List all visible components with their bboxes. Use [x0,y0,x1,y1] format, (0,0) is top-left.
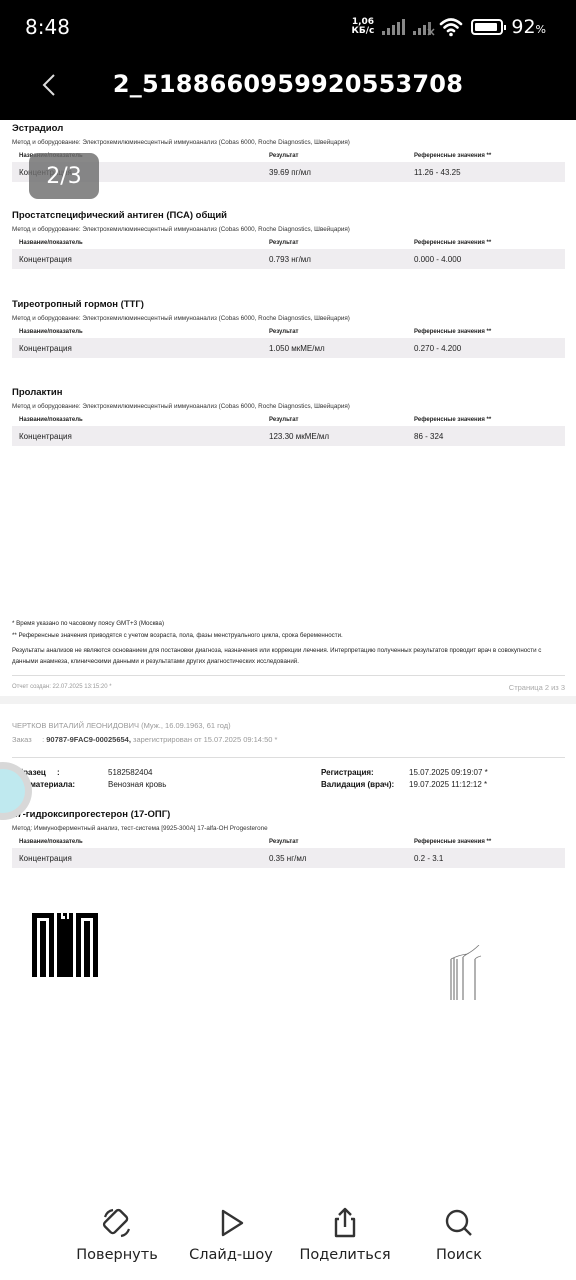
rotate-button[interactable]: Повернуть [60,1190,174,1280]
battery-percent: 92% [511,16,546,38]
sample-info: Образец : 5182582404 Регистрация: 15.07.… [12,767,565,791]
slideshow-label: Слайд-шоу [189,1247,273,1263]
column-header-name: Название/показатель [19,839,269,848]
network-speed: 1,06 КБ/с [352,18,375,36]
column-header-result: Результат [269,417,414,426]
document-viewer[interactable]: Эстрадиол Метод и оборудование: Электрох… [0,120,576,1190]
test-section-tsh: Тиреотропный гормон (ТТГ) Метод и оборуд… [12,299,565,358]
signal-icon [382,19,405,35]
column-header-result: Результат [269,240,414,249]
share-button[interactable]: Поделиться [288,1190,402,1280]
footnotes: * Время указано по часовому поясу GMT+3 … [12,618,565,694]
cell-reference: 11.26 - 43.25 [414,168,565,177]
cell-result: 39.69 пг/мл [269,168,414,177]
table-row: Концентрация 0.793 нг/мл 0.000 - 4.000 [12,249,565,269]
disclaimer: Результаты анализов не являются основани… [12,646,565,667]
status-icons: 1,06 КБ/с 92% [352,15,546,39]
column-header-reference: Референсные значения ** [414,329,565,338]
report-footer: Отчет создан: 22.07.2025 13:15:20 * Стра… [12,682,565,694]
order-number: 90787-9FAC9-00025654, [46,735,131,744]
column-header-name: Название/показатель [19,240,269,249]
floating-button-icon [0,769,25,813]
file-title: 2_5188660959920553708 [0,70,576,98]
test-title: Пролактин [12,387,565,398]
rotate-label: Повернуть [76,1247,158,1263]
test-title: Простатспецифический антиген (ПСА) общий [12,210,565,221]
rotate-icon [100,1206,134,1240]
material-value: Венозная кровь [108,779,321,791]
lab-logo-icon [30,909,100,979]
cell-result: 1.050 мкМЕ/мл [269,344,414,353]
registration-label: Регистрация: [321,767,409,779]
divider [12,757,565,758]
test-method: Метод и оборудование: Электрохемилюминес… [12,315,565,322]
table-row: Концентрация 1.050 мкМЕ/мл 0.270 - 4.200 [12,338,565,358]
table-header: Название/показатель Результат Референсны… [12,240,565,249]
wifi-icon [439,17,463,37]
table-header: Название/показатель Результат Референсны… [12,839,565,848]
page-number: Страница 2 из 3 [509,682,565,694]
test-method: Метод и оборудование: Электрохемилюминес… [12,139,565,146]
bottom-toolbar: Повернуть Слайд-шоу Поделиться Поиск [0,1190,576,1280]
search-label: Поиск [436,1247,482,1263]
patient-info: ЧЕРТКОВ ВИТАЛИЙ ЛЕОНИДОВИЧ (Муж., 16.09.… [12,719,565,733]
divider [12,675,565,676]
column-header-reference: Референсные значения ** [414,839,565,848]
cell-result: 0.35 нг/мл [269,854,414,863]
footnote-timezone: * Время указано по часовому поясу GMT+3 … [12,618,565,630]
footnote-reference: ** Референсные значения приводятся с уче… [12,630,565,642]
cell-result: 123.30 мкМЕ/мл [269,432,414,441]
app-header: 2_5188660959920553708 [0,54,576,120]
play-icon [214,1206,248,1240]
page-separator [0,696,576,704]
column-header-result: Результат [269,153,414,162]
validation-label: Валидация (врач): [321,779,409,791]
share-icon [328,1206,362,1240]
network-speed-unit: КБ/с [352,27,375,36]
table-row: Концентрация 123.30 мкМЕ/мл 86 - 324 [12,426,565,446]
column-header-name: Название/показатель [19,417,269,426]
cell-reference: 0.270 - 4.200 [414,344,565,353]
status-bar: 8:48 1,06 КБ/с 92% [0,0,576,54]
battery-icon [471,19,503,35]
clock: 8:48 [25,15,70,39]
battery-fill [475,23,497,31]
test-section-17ohp: 17-гидроксипрогестерон (17-ОПГ) Метод: И… [12,809,565,868]
signature-icon [445,945,495,1000]
search-icon [442,1206,476,1240]
column-header-name: Название/показатель [19,329,269,338]
test-title: 17-гидроксипрогестерон (17-ОПГ) [12,809,565,820]
test-method: Метод и оборудование: Электрохемилюминес… [12,226,565,233]
test-section-prolactin: Пролактин Метод и оборудование: Электрох… [12,387,565,446]
share-label: Поделиться [299,1247,390,1263]
column-header-result: Результат [269,839,414,848]
test-method: Метод: Иммуноферментный анализ, тест-сис… [12,825,565,832]
column-header-reference: Референсные значения ** [414,240,565,249]
test-section-psa: Простатспецифический антиген (ПСА) общий… [12,210,565,269]
cell-name: Концентрация [19,432,269,441]
patient-header: ЧЕРТКОВ ВИТАЛИЙ ЛЕОНИДОВИЧ (Муж., 16.09.… [12,719,565,758]
column-header-reference: Референсные значения ** [414,417,565,426]
table-header: Название/показатель Результат Референсны… [12,329,565,338]
cell-reference: 0.000 - 4.000 [414,255,565,264]
cell-name: Концентрация [19,344,269,353]
table-header: Название/показатель Результат Референсны… [12,417,565,426]
sample-value: 5182582404 [108,767,321,779]
column-header-result: Результат [269,329,414,338]
report-created: Отчет создан: 22.07.2025 13:15:20 * [12,682,112,694]
table-row: Концентрация 0.35 нг/мл 0.2 - 3.1 [12,848,565,868]
column-header-reference: Референсные значения ** [414,153,565,162]
cell-reference: 86 - 324 [414,432,565,441]
test-title: Эстрадиол [12,123,565,134]
cell-name: Концентрация [19,255,269,264]
cell-name: Концентрация [19,854,269,863]
page-indicator: 2/3 [29,153,99,199]
cell-result: 0.793 нг/мл [269,255,414,264]
test-title: Тиреотропный гормон (ТТГ) [12,299,565,310]
validation-value: 19.07.2025 11:12:12 * [409,779,487,791]
registration-value: 15.07.2025 09:19:07 * [409,767,488,779]
search-button[interactable]: Поиск [402,1190,516,1280]
cell-reference: 0.2 - 3.1 [414,854,565,863]
order-info: Заказ : 90787-9FAC9-00025654, зарегистри… [12,733,565,747]
signal-no-service-icon [413,19,431,35]
slideshow-button[interactable]: Слайд-шоу [174,1190,288,1280]
test-method: Метод и оборудование: Электрохемилюминес… [12,403,565,410]
